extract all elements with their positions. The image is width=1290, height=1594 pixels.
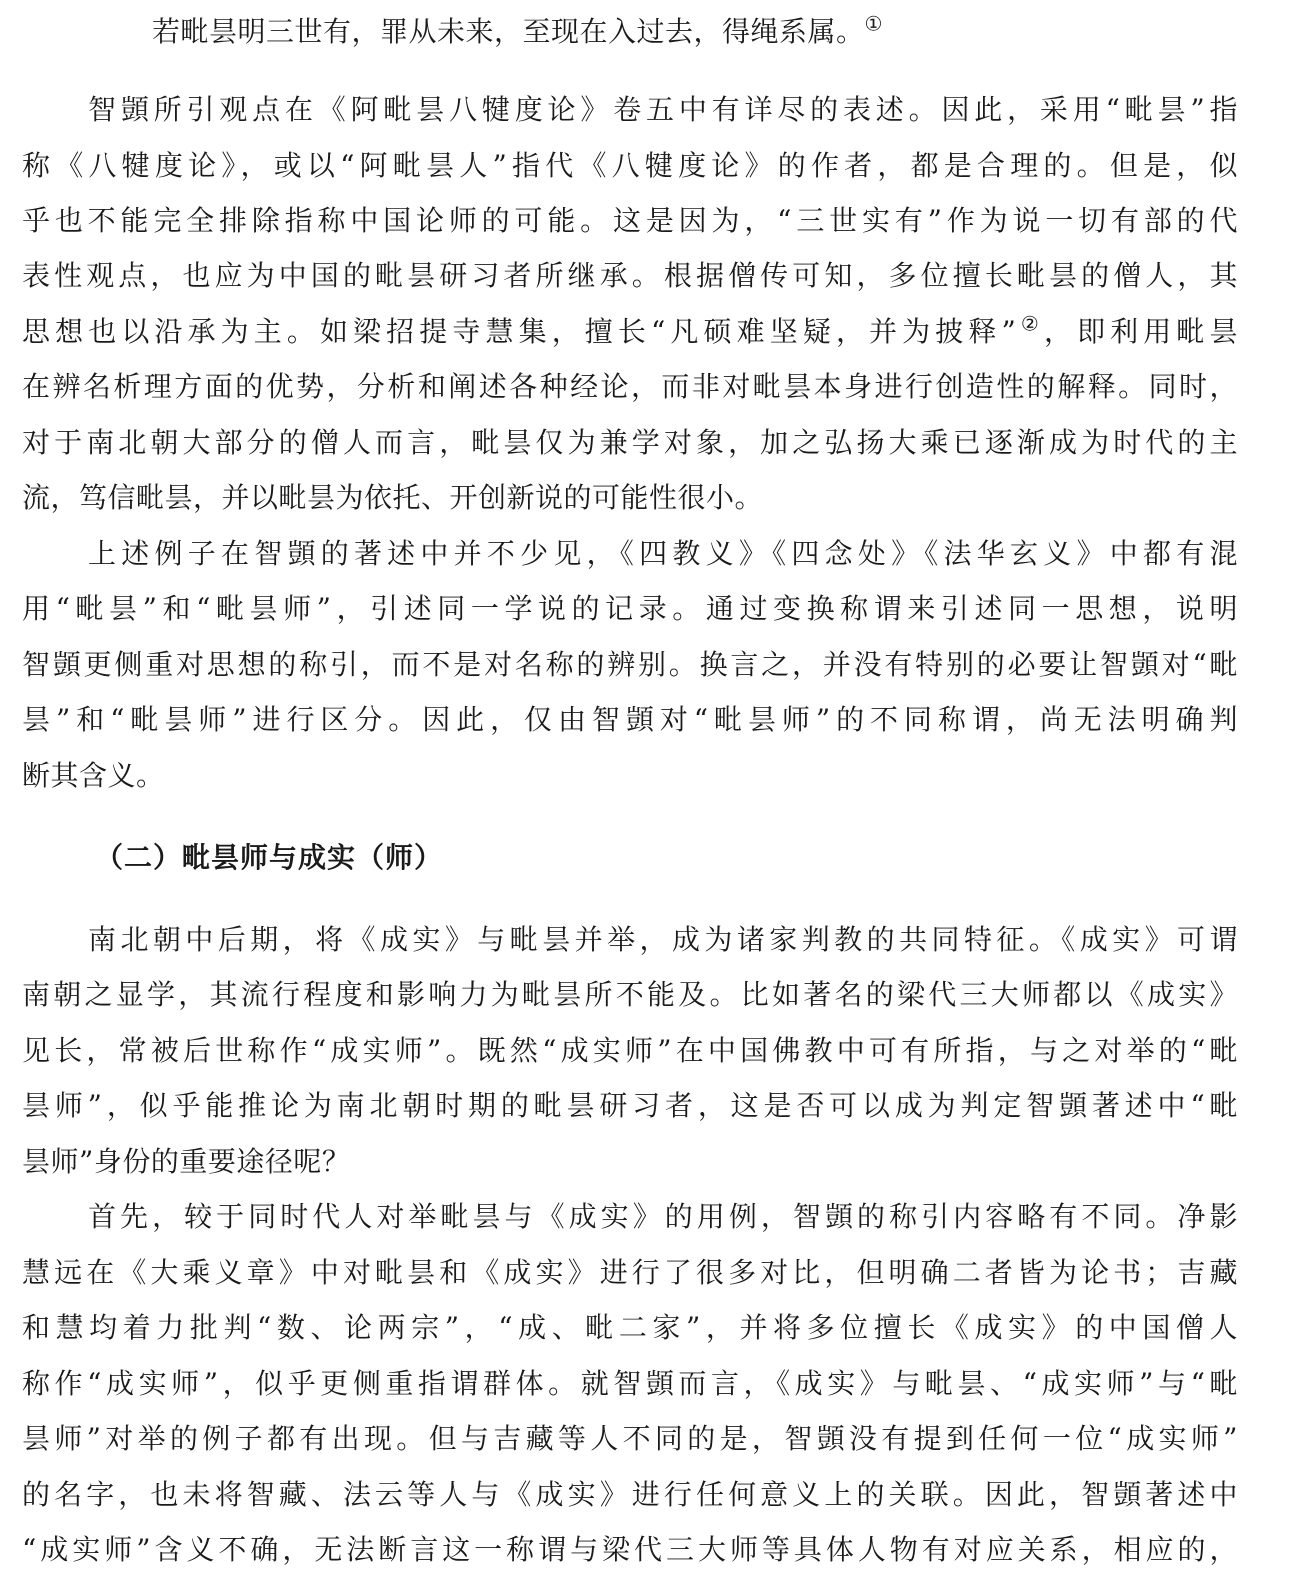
text-line: 昙师”对举的例子都有出现。但与吉藏等人不同的是，智顗没有提到任何一位“成实师” xyxy=(22,1421,1238,1457)
text-line: 在辨名析理方面的优势，分析和阐述各种经论，而非对毗昙本身进行创造性的解释。同时， xyxy=(22,369,1238,405)
footnote-marker-2[interactable]: ② xyxy=(1016,312,1044,336)
text-line: 南北朝中后期，将《成实》与毗昙并举，成为诸家判教的共同特征。《成实》可谓 xyxy=(88,922,1238,958)
text-line: 断其含义。 xyxy=(22,758,1238,794)
text-line: 昙师”，似乎能推论为南北朝时期的毗昙研习者，这是否可以成为判定智顗著述中“毗 xyxy=(22,1088,1238,1124)
text-line: 的名字，也未将智藏、法云等人与《成实》进行任何意义上的关联。因此，智顗著述中 xyxy=(22,1477,1238,1513)
text-line: 首先，较于同时代人对举毗昙与《成实》的用例，智顗的称引内容略有不同。净影 xyxy=(88,1199,1238,1235)
text-line: 智顗所引观点在《阿毗昙八犍度论》卷五中有详尽的表述。因此，采用“毗昙”指 xyxy=(88,92,1238,128)
text-line: 表性观点，也应为中国的毗昙研习者所继承。根据僧传可知，多位擅长毗昙的僧人，其 xyxy=(22,258,1238,294)
text-line: 流，笃信毗昙，并以毗昙为依托、开创新说的可能性很小。 xyxy=(22,480,1238,516)
text-line: 昙师”身份的重要途径呢？ xyxy=(22,1144,1238,1180)
text-line: “成实师”含义不确，无法断言这一称谓与梁代三大师等具体人物有对应关系，相应的， xyxy=(22,1532,1238,1568)
text-span: ，即利用毗昙 xyxy=(1044,315,1238,348)
text-line: 称《八犍度论》，或以“阿毗昙人”指代《八犍度论》的作者，都是合理的。但是，似 xyxy=(22,148,1238,184)
text-line: 称作“成实师”，似乎更侧重指谓群体。就智顗而言，《成实》与毗昙、“成实师”与“毗 xyxy=(22,1366,1238,1402)
text-line: 上述例子在智顗的著述中并不少见，《四教义》《四念处》《法华玄义》中都有混 xyxy=(88,536,1238,572)
block-quote: 若毗昙明三世有，罪从未来，至现在入过去，得绳系属。① xyxy=(152,14,883,50)
text-span: 思想也以沿承为主。如梁招提寺慧集，擅长“凡硕难坚疑，并为披释” xyxy=(22,315,1016,348)
text-line: 智顗更侧重对思想的称引，而不是对名称的辨别。换言之，并没有特别的必要让智顗对“毗 xyxy=(22,647,1238,683)
text-line: 思想也以沿承为主。如梁招提寺慧集，擅长“凡硕难坚疑，并为披释”②，即利用毗昙 xyxy=(22,314,1238,350)
text-line: 昙”和“毗昙师”进行区分。因此，仅由智顗对“毗昙师”的不同称谓，尚无法明确判 xyxy=(22,702,1238,738)
quote-text: 若毗昙明三世有，罪从未来，至现在入过去，得绳系属。 xyxy=(152,15,865,48)
text-line: 南朝之显学，其流行程度和影响力为毗昙所不能及。比如著名的梁代三大师都以《成实》 xyxy=(22,977,1238,1013)
text-line: 用“毗昙”和“毗昙师”，引述同一学说的记录。通过变换称谓来引述同一思想，说明 xyxy=(22,591,1238,627)
text-line: 慧远在《大乘义章》中对毗昙和《成实》进行了很多对比，但明确二者皆为论书；吉藏 xyxy=(22,1255,1238,1291)
footnote-marker-1[interactable]: ① xyxy=(865,12,883,36)
text-line: 和慧均着力批判“数、论两宗”，“成、毗二家”，并将多位擅长《成实》的中国僧人 xyxy=(22,1310,1238,1346)
text-line: 乎也不能完全排除指称中国论师的可能。这是因为，“三世实有”作为说一切有部的代 xyxy=(22,203,1238,239)
text-line: 见长，常被后世称作“成实师”。既然“成实师”在中国佛教中可有所指，与之对举的“毗 xyxy=(22,1033,1238,1069)
text-line: 对于南北朝大部分的僧人而言，毗昙仅为兼学对象，加之弘扬大乘已逐渐成为时代的主 xyxy=(22,425,1238,461)
section-heading: （二）毗昙师与成实（师） xyxy=(95,840,443,876)
